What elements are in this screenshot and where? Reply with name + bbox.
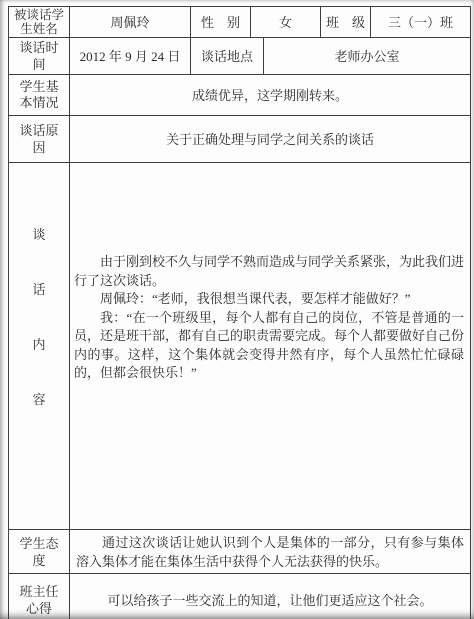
row-teacher-notes: 班主任 心得 可以给孩子一些交流上的知道，让他们更适应这个社会。: [9, 574, 471, 619]
talk-reason-value: 关于正确处理与同学之间关系的谈话: [70, 116, 471, 163]
talk-place-value: 老师办公室: [264, 38, 471, 75]
talk-content-value: 由于刚到校不久与同学不熟而造成与同学关系紧张，为此我们进行了这次谈话。 周佩玲：…: [70, 163, 471, 530]
gender-label: 性 别: [191, 7, 251, 38]
basic-info-label: 学生基本情况: [9, 75, 70, 116]
row-student-attitude: 学生态度 通过这次谈话让她认识到个人是集体的一部分，只有参与集体溶入集体才能在集…: [9, 530, 471, 574]
class-value: 三（一）班: [371, 7, 471, 38]
gender-value: 女: [251, 7, 321, 38]
scanned-form-page: 被谈话学生姓名 周佩玲 性 别 女 班 级 三（一）班 谈话时间 2012 年 …: [0, 0, 474, 619]
row-student-info: 被谈话学生姓名 周佩玲 性 别 女 班 级 三（一）班: [9, 7, 471, 38]
talk-content-label-char: 内: [32, 336, 45, 353]
talk-time-value: 2012 年 9 月 24 日: [70, 38, 191, 75]
student-name-value: 周佩玲: [70, 7, 191, 38]
row-basic-info: 学生基本情况 成绩优异，这学期刚转来。: [9, 75, 471, 116]
talk-record-table: 被谈话学生姓名 周佩玲 性 别 女 班 级 三（一）班 谈话时间 2012 年 …: [8, 6, 471, 619]
talk-content-label-char: 话: [32, 281, 45, 298]
talk-reason-label: 谈话原因: [9, 116, 70, 163]
talk-content-paragraph: 周佩玲：“老师，我很想当课代表，要怎样才能做好？”: [74, 290, 464, 309]
student-attitude-value: 通过这次谈话让她认识到个人是集体的一部分，只有参与集体溶入集体才能在集体生活中获…: [70, 530, 471, 574]
talk-content-paragraph: 我：“在一个班级里，每个人都有自己的岗位，不管是普通的一员，还是班干部，都有自己…: [74, 309, 464, 383]
talk-content-paragraph: 由于刚到校不久与同学不熟而造成与同学关系紧张，为此我们进行了这次谈话。: [74, 253, 464, 290]
class-label: 班 级: [321, 7, 371, 38]
talk-content-label-char: 谈: [32, 226, 45, 243]
talk-place-label: 谈话地点: [191, 38, 264, 75]
student-attitude-text: 通过这次谈话让她认识到个人是集体的一部分，只有参与集体溶入集体才能在集体生活中获…: [76, 533, 464, 571]
teacher-notes-value: 可以给孩子一些交流上的知道，让他们更适应这个社会。: [70, 574, 471, 619]
student-name-label: 被谈话学生姓名: [9, 7, 70, 38]
talk-content-label-stack: 谈 话 内 容: [9, 226, 69, 466]
row-talk-reason: 谈话原因 关于正确处理与同学之间关系的谈话: [9, 116, 471, 163]
talk-time-label: 谈话时间: [9, 38, 70, 75]
row-talk-content: 谈 话 内 容 由于刚到校不久与同学不熟而造成与同学关系紧张，为此我们进行了这次…: [9, 163, 471, 530]
basic-info-value: 成绩优异，这学期刚转来。: [70, 75, 471, 116]
student-attitude-label: 学生态度: [9, 530, 70, 574]
teacher-notes-label: 班主任 心得: [9, 574, 70, 619]
row-talk-time: 谈话时间 2012 年 9 月 24 日 谈话地点 老师办公室: [9, 38, 471, 75]
talk-content-label-char: 容: [32, 391, 45, 408]
talk-content-label: 谈 话 内 容: [9, 163, 70, 530]
